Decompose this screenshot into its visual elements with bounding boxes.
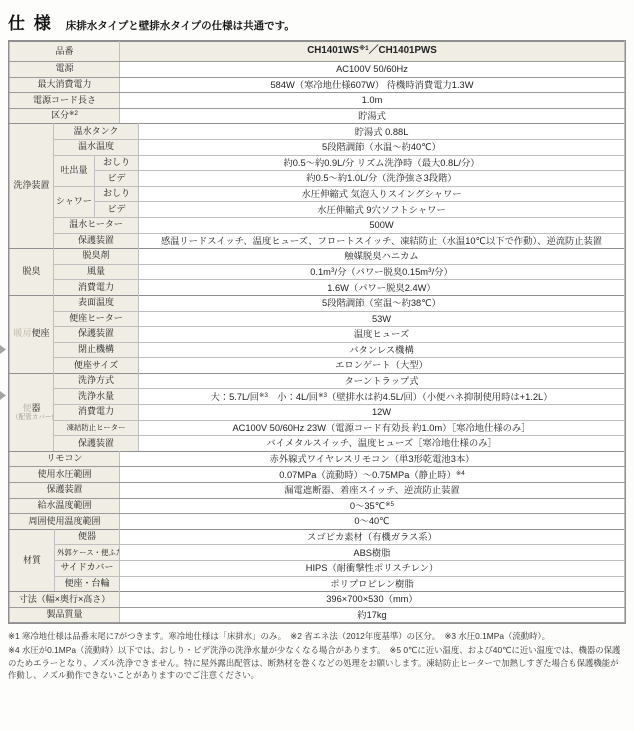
cell-label: 最大消費電力 — [10, 77, 120, 93]
spec-row: ビデ約0.5～約1.0L/分（洗浄強さ3段階） — [10, 171, 625, 187]
cell-group: 材質 — [10, 529, 55, 591]
cell-value: 貯湯式 — [120, 108, 625, 124]
cell-label: シャワー 方式 — [54, 186, 95, 217]
cell-value: 貯湯式 0.88L — [139, 124, 625, 140]
superscript: ※5 — [385, 501, 394, 508]
cell-label: 温水タンク — [54, 124, 139, 140]
spec-page: 仕 様 床排水タイプと壁排水タイプの仕様は共通です。 品番CH1401WS※1／… — [0, 0, 634, 682]
cell-group: 便器（配管カバー付） — [10, 373, 54, 451]
cell-value: ABS樹脂 — [120, 545, 625, 561]
spec-row: シャワー 方式おしり水圧伸縮式 気泡入りスイングシャワー — [10, 186, 625, 202]
cell-label: 品番 — [10, 42, 120, 62]
cell-label: 表面温度 — [54, 295, 139, 311]
superscript: 3 — [428, 267, 432, 274]
cell-label: 温水ヒーター — [54, 217, 139, 233]
spec-row: 材質便器スゴピカ素材（有機ガラス系） — [10, 529, 625, 545]
cell-label: おしり — [95, 155, 139, 171]
spec-row: 温水温度5段階調節（水温～約40℃） — [10, 139, 625, 155]
spec-row: 製品質量約17kg — [10, 607, 625, 623]
cell-label: サイドカバー — [55, 561, 120, 577]
spec-row: 電源コード長さ1.0m — [10, 93, 625, 109]
cell-label: 洗浄方式 — [54, 373, 139, 389]
spec-row: 消費電力1.6W（パワー脱臭2.4W） — [10, 280, 625, 296]
cell-label: ビデ — [95, 171, 139, 187]
spec-row: リモコン赤外線式ワイヤレスリモコン（単3形乾電池3本） — [10, 451, 625, 467]
group-sub-label: （配管カバー付） — [12, 415, 51, 422]
cell-value: エロンゲート（大型） — [139, 358, 625, 374]
spec-row: 保護装置バイメタルスイッチ、温度ヒューズ［寒冷地仕様のみ］ — [10, 436, 625, 452]
spec-row: 使用水圧範囲0.07MPa（流動時）～0.75MPa（静止時）※4 — [10, 467, 625, 483]
cell-label: 脱臭剤 — [54, 249, 139, 265]
spec-row: 保護装置感温リードスイッチ、温度ヒューズ、フロートスイッチ、凍結防止（水温10℃… — [10, 233, 625, 249]
page-title: 仕 様 — [8, 9, 53, 34]
cell-value: 触媒脱臭ハニカム — [139, 249, 625, 265]
spec-row: 電源AC100V 50/60Hz — [10, 62, 625, 78]
cell-value: CH1401WS※1／CH1401PWS — [120, 42, 625, 62]
spec-row: 洗浄装置温水タンク貯湯式 0.88L — [10, 124, 625, 140]
cell-label: 洗浄水量 — [54, 389, 139, 405]
cell-value: 0～35℃※5 — [120, 498, 625, 514]
spec-row: 品番CH1401WS※1／CH1401PWS — [10, 42, 625, 62]
superscript: ※4 — [456, 470, 465, 477]
cell-label: 温水温度 — [54, 139, 139, 155]
cell-label: 吐出量 — [54, 155, 95, 186]
cell-value: 赤外線式ワイヤレスリモコン（単3形乾電池3本） — [120, 451, 625, 467]
cell-group: 洗浄装置 — [10, 124, 54, 249]
superscript: ※2 — [69, 110, 78, 117]
spec-row: ビデ水圧伸縮式 9穴ソフトシャワー — [10, 202, 625, 218]
cell-label: おしり — [95, 186, 139, 202]
cell-value: 0～40℃ — [120, 514, 625, 530]
spec-row: 寸法（幅×奥行×高さ）396×700×530（mm） — [10, 592, 625, 608]
footnote-1: ※1 寒冷地仕様は品番末尾に7がつきます。寒冷地仕様は「床排水」のみ。 ※2 省… — [8, 630, 626, 643]
footnotes: ※1 寒冷地仕様は品番末尾に7がつきます。寒冷地仕様は「床排水」のみ。 ※2 省… — [8, 630, 626, 681]
spec-block-washing-device: 洗浄装置温水タンク貯湯式 0.88L温水温度5段階調節（水温～約40℃）吐出量お… — [9, 123, 625, 249]
cell-label: 便器 — [55, 529, 120, 545]
cell-label: 寸法（幅×奥行×高さ） — [10, 592, 120, 608]
cell-value: 5段階調節（水温～約40℃） — [139, 139, 625, 155]
cell-value: 約0.5～約1.0L/分（洗浄強さ3段階） — [139, 171, 625, 187]
cell-value: 約17kg — [120, 607, 625, 623]
cell-label: 周囲使用温度範囲 — [10, 514, 120, 530]
cell-value: 温度ヒューズ — [139, 327, 625, 343]
spec-row: 凍結防止ヒーターAC100V 50/60Hz 23W（電源コード有効長 約1.0… — [10, 420, 625, 436]
superscript: 3 — [331, 267, 335, 274]
cell-value: 396×700×530（mm） — [120, 592, 625, 608]
cell-value: 大：5.7L/回※3 小：4L/回※3（壁排水は約4.5L/回）（小便ハネ抑制使… — [139, 389, 625, 405]
spec-row: 便座・台輪ポリプロピレン樹脂 — [10, 576, 625, 592]
cell-value: AC100V 50/60Hz 23W（電源コード有効長 約1.0m）［寒冷地仕様… — [139, 420, 625, 436]
cell-group: 暖房便座 — [10, 295, 54, 373]
cell-label: 使用水圧範囲 — [10, 467, 120, 483]
superscript: ※3 — [259, 392, 268, 399]
cell-label: 便座・台輪 — [55, 576, 120, 592]
cell-value: 約0.5～約0.9L/分 リズム洗浄時（最大0.8L/分） — [139, 155, 625, 171]
spec-block-basic: 品番CH1401WS※1／CH1401PWS電源AC100V 50/60Hz最大… — [9, 41, 625, 124]
cell-label: 閉止機構 — [54, 342, 139, 358]
cell-value: 1.0m — [120, 93, 625, 109]
spec-block-common: リモコン赤外線式ワイヤレスリモコン（単3形乾電池3本）使用水圧範囲0.07MPa… — [9, 451, 625, 530]
cell-label: 外郭ケース・便ふた — [55, 545, 120, 561]
spec-row: 給水温度範囲0～35℃※5 — [10, 498, 625, 514]
spec-block-toilet-bowl: 便器（配管カバー付）洗浄方式ターントラップ式洗浄水量大：5.7L/回※3 小：4… — [9, 373, 625, 452]
cell-value: ポリプロピレン樹脂 — [120, 576, 625, 592]
spec-row: 区分※2貯湯式 — [10, 108, 625, 124]
spec-row: 便座ヒーター53W — [10, 311, 625, 327]
cell-value: ターントラップ式 — [139, 373, 625, 389]
spec-row: 脱臭脱臭剤触媒脱臭ハニカム — [10, 249, 625, 265]
cell-value: 0.1m3/分（パワー脱臭0.15m3/分） — [139, 264, 625, 280]
spec-row: 外郭ケース・便ふたABS樹脂 — [10, 545, 625, 561]
cell-label: 消費電力 — [54, 405, 139, 421]
cell-label: 風量 — [54, 264, 139, 280]
cell-label: ビデ — [95, 202, 139, 218]
cell-label: 区分※2 — [10, 108, 120, 124]
superscript: ※1 — [359, 45, 369, 52]
superscript: ※3 — [318, 392, 327, 399]
spec-table: 品番CH1401WS※1／CH1401PWS電源AC100V 50/60Hz最大… — [8, 40, 626, 624]
cell-value: HIPS（耐衝撃性ポリスチレン） — [120, 561, 625, 577]
cell-value: 水圧伸縮式 9穴ソフトシャワー — [139, 202, 625, 218]
cell-value: 5段階調節（室温～約38℃） — [139, 295, 625, 311]
page-subtitle: 床排水タイプと壁排水タイプの仕様は共通です。 — [66, 18, 295, 33]
cell-value: 1.6W（パワー脱臭2.4W） — [139, 280, 625, 296]
cell-label: 便座サイズ — [54, 358, 139, 374]
spec-row: サイドカバーHIPS（耐衝撃性ポリスチレン） — [10, 561, 625, 577]
cell-label: 保護装置 — [54, 436, 139, 452]
cell-value: 12W — [139, 405, 625, 421]
spec-row: 周囲使用温度範囲0～40℃ — [10, 514, 625, 530]
cell-value: 感温リードスイッチ、温度ヒューズ、フロートスイッチ、凍結防止（水温10℃以下で作… — [139, 233, 625, 249]
cell-value: 500W — [139, 217, 625, 233]
cell-label: 電源コード長さ — [10, 93, 120, 109]
title-bar: 仕 様 床排水タイプと壁排水タイプの仕様は共通です。 — [8, 9, 626, 34]
spec-row: 暖房便座表面温度5段階調節（室温～約38℃） — [10, 295, 625, 311]
cell-group: 脱臭 — [10, 249, 54, 296]
spec-block-dimensions: 寸法（幅×奥行×高さ）396×700×530（mm）製品質量約17kg — [9, 591, 625, 623]
spec-row: 洗浄水量大：5.7L/回※3 小：4L/回※3（壁排水は約4.5L/回）（小便ハ… — [10, 389, 625, 405]
spec-row: 便座サイズエロンゲート（大型） — [10, 358, 625, 374]
cell-value: バイメタルスイッチ、温度ヒューズ［寒冷地仕様のみ］ — [139, 436, 625, 452]
cell-value: 水圧伸縮式 気泡入りスイングシャワー — [139, 186, 625, 202]
spec-row: 最大消費電力584W（寒冷地仕様607W） 待機時消費電力1.3W — [10, 77, 625, 93]
cell-value: バタンレス機構 — [139, 342, 625, 358]
spec-block-heated-seat: 暖房便座表面温度5段階調節（室温～約38℃）便座ヒーター53W保護装置温度ヒュー… — [9, 295, 625, 374]
cell-label: 便座ヒーター — [54, 311, 139, 327]
spec-block-deodorizer: 脱臭脱臭剤触媒脱臭ハニカム風量0.1m3/分（パワー脱臭0.15m3/分）消費電… — [9, 248, 625, 296]
cell-label: 消費電力 — [54, 280, 139, 296]
spec-block-materials: 材質便器スゴピカ素材（有機ガラス系）外郭ケース・便ふたABS樹脂サイドカバーHI… — [9, 529, 625, 592]
spec-row: 保護装置漏電遮断器、着座スイッチ、逆流防止装置 — [10, 483, 625, 499]
cell-label: 保護装置 — [10, 483, 120, 499]
faded-label-part: 暖房 — [13, 328, 31, 338]
spec-row: 保護装置温度ヒューズ — [10, 327, 625, 343]
cell-value: AC100V 50/60Hz — [120, 62, 625, 78]
faded-label-part: 便 — [22, 403, 31, 413]
spec-row: 温水ヒーター500W — [10, 217, 625, 233]
cell-label: 製品質量 — [10, 607, 120, 623]
cell-value: スゴピカ素材（有機ガラス系） — [120, 529, 625, 545]
cell-value: 584W（寒冷地仕様607W） 待機時消費電力1.3W — [120, 77, 625, 93]
spec-row: 閉止機構バタンレス機構 — [10, 342, 625, 358]
cell-label: 給水温度範囲 — [10, 498, 120, 514]
cell-value: 53W — [139, 311, 625, 327]
footnote-2: ※4 水圧が0.1MPa（流動時）以下では、おしり・ビデ洗浄の洗浄水量が少なくな… — [8, 644, 626, 682]
cell-label: 凍結防止ヒーター — [54, 420, 139, 436]
spec-row: 消費電力12W — [10, 405, 625, 421]
cell-label: 電源 — [10, 62, 120, 78]
spec-row: 便器（配管カバー付）洗浄方式ターントラップ式 — [10, 373, 625, 389]
cell-value: 漏電遮断器、着座スイッチ、逆流防止装置 — [120, 483, 625, 499]
cell-value: 0.07MPa（流動時）～0.75MPa（静止時）※4 — [120, 467, 625, 483]
cell-label: 保護装置 — [54, 327, 139, 343]
cell-label: 保護装置 — [54, 233, 139, 249]
spec-row: 吐出量おしり約0.5～約0.9L/分 リズム洗浄時（最大0.8L/分） — [10, 155, 625, 171]
spec-row: 風量0.1m3/分（パワー脱臭0.15m3/分） — [10, 264, 625, 280]
cell-label: リモコン — [10, 451, 120, 467]
